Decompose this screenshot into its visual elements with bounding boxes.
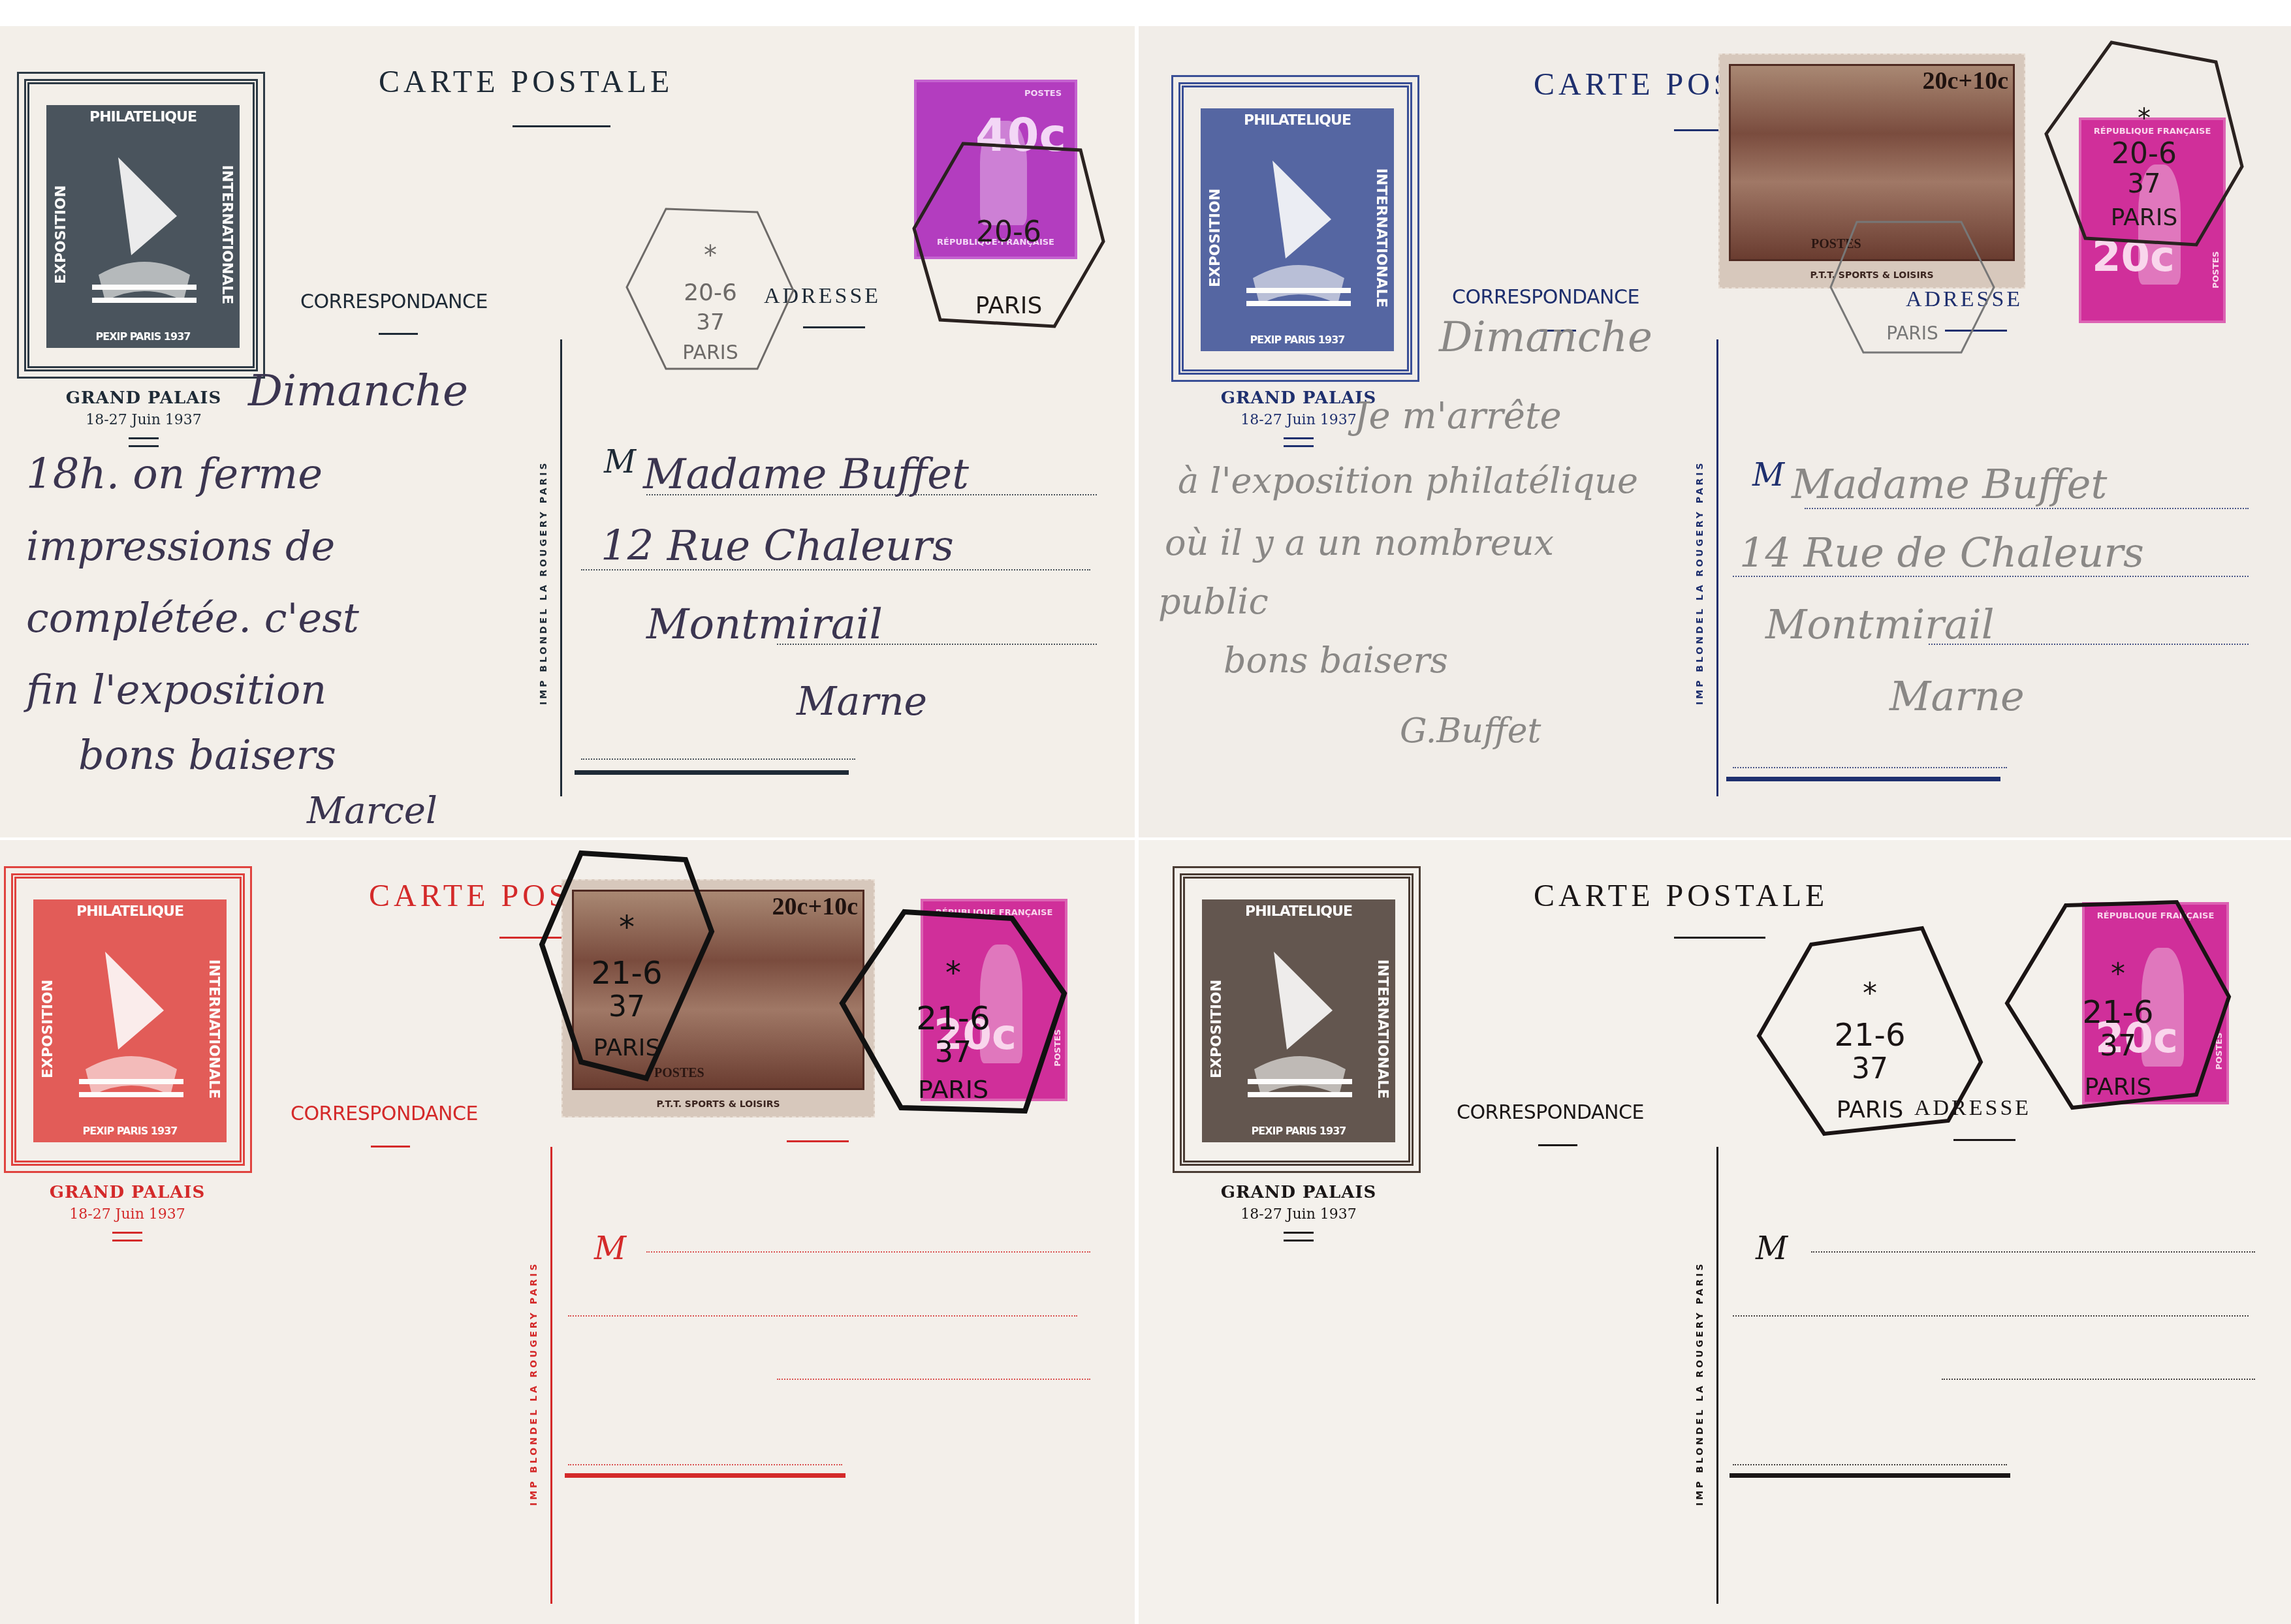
message-line: fin l'exposition xyxy=(26,666,326,713)
stamp-caption: P.T.T. SPORTS & LOISIRS xyxy=(1720,270,2024,281)
message-line: public xyxy=(1158,581,1269,622)
ship-icon xyxy=(1246,148,1351,317)
postcard-top-right: PHILATELIQUE EXPOSITION INTERNATIONALE P… xyxy=(1139,26,2291,837)
double-rule xyxy=(1284,437,1314,447)
stamp-sports-loisirs: 20c+10c POSTES P.T.T. SPORTS & LOISIRS xyxy=(1718,54,2025,289)
address-line-2 xyxy=(1733,1315,2249,1317)
message-line: où il y a un nombreux xyxy=(1165,522,1554,563)
stamp-country: RÉPUBLIQUE·FRANÇAISE xyxy=(917,238,1075,247)
message-line: à l'exposition philatélique xyxy=(1178,460,1638,501)
printer-imprint: IMP BLONDEL LA ROUGERY PARIS xyxy=(539,460,549,705)
correspondance-rule xyxy=(371,1146,410,1148)
stamp-label: POSTES xyxy=(2211,251,2221,289)
correspondance-rule xyxy=(1538,1144,1577,1146)
printer-imprint: IMP BLONDEL LA ROUGERY PARIS xyxy=(1695,1261,1705,1506)
message-line: Dimanche xyxy=(248,366,468,416)
address-line-1 xyxy=(1811,1251,2255,1253)
stamp-semeuse: RÉPUBLIQUE FRANÇAISE 20c POSTES xyxy=(921,899,1067,1101)
address-heavy-rule xyxy=(1730,1473,2010,1478)
venue-name: GRAND PALAIS xyxy=(0,1183,271,1202)
venue-block: GRAND PALAIS 18-27 Juin 1937 xyxy=(0,388,287,447)
vignette-left-text: EXPOSITION xyxy=(1207,140,1224,336)
address-line-1 xyxy=(646,1251,1090,1253)
correspondance-label: CORRESPONDANCE xyxy=(1457,1101,1644,1124)
address-line-4 xyxy=(1733,1464,2007,1465)
adresse-rule xyxy=(1945,330,2007,332)
vignette-right-text: INTERNATIONALE xyxy=(219,131,235,339)
address-line-3 xyxy=(777,1379,1090,1380)
address-heavy-rule xyxy=(565,1473,845,1478)
address-line: Montmirail xyxy=(1765,601,1995,648)
ship-icon xyxy=(79,939,183,1108)
venue-block: GRAND PALAIS 18-27 Juin 1937 xyxy=(1155,1183,1442,1241)
svg-text:PARIS: PARIS xyxy=(975,292,1043,319)
vignette-top-text: PHILATELIQUE xyxy=(46,109,240,125)
svg-text:*: * xyxy=(1863,977,1877,1010)
vignette-bottom-text: PEXIP PARIS 1937 xyxy=(1202,1125,1395,1137)
stamp-label: POSTES xyxy=(2215,1033,2224,1070)
address-heavy-rule xyxy=(575,770,849,775)
vignette-right-text: INTERNATIONALE xyxy=(206,925,222,1134)
message-signature: G.Buffet xyxy=(1400,711,1541,751)
exhibition-vignette: PHILATELIQUE EXPOSITION INTERNATIONALE P… xyxy=(17,72,265,379)
stamp-value: 20c xyxy=(934,1011,1017,1059)
double-rule xyxy=(129,437,159,447)
card-title: CARTE POSTALE xyxy=(379,64,673,100)
stamp-caption: P.T.T. SPORTS & LOISIRS xyxy=(563,1099,874,1110)
adresse-rule xyxy=(803,326,865,328)
vignette-left-text: EXPOSITION xyxy=(53,137,69,333)
printer-imprint: IMP BLONDEL LA ROUGERY PARIS xyxy=(1695,460,1705,705)
address-line-4 xyxy=(1733,767,2007,768)
svg-text:PARIS: PARIS xyxy=(1886,322,1938,344)
address-line: 12 Rue Chaleurs xyxy=(601,522,954,570)
stamp-value: 40c xyxy=(975,108,1066,162)
ship-icon xyxy=(1248,939,1352,1108)
address-line-1 xyxy=(1805,508,2249,509)
title-rule xyxy=(1674,937,1765,939)
svg-text:37: 37 xyxy=(1852,1052,1888,1085)
exhibition-vignette: PHILATELIQUE EXPOSITION INTERNATIONALE P… xyxy=(4,866,252,1173)
stamp-label: POSTES xyxy=(917,89,1075,99)
double-rule xyxy=(1284,1232,1314,1241)
stamp-country: RÉPUBLIQUE FRANÇAISE xyxy=(2081,127,2223,136)
svg-text:PARIS: PARIS xyxy=(682,341,738,364)
venue-name: GRAND PALAIS xyxy=(0,388,287,408)
stamp-label: POSTES xyxy=(654,1066,704,1081)
address-line: Marne xyxy=(797,679,927,725)
address-prefix: M xyxy=(594,1230,626,1267)
vignette-bottom-text: PEXIP PARIS 1937 xyxy=(1201,334,1394,346)
message-line: bons baisers xyxy=(1224,640,1448,681)
title-rule xyxy=(513,125,610,127)
stamp-value: 20c+10c xyxy=(772,892,858,921)
vignette-left-text: EXPOSITION xyxy=(40,931,56,1127)
vignette-top-text: PHILATELIQUE xyxy=(1201,112,1394,129)
svg-text:37: 37 xyxy=(696,309,724,336)
vignette-top-text: PHILATELIQUE xyxy=(1202,903,1395,920)
svg-text:20-6: 20-6 xyxy=(684,279,737,306)
correspondance-label: CORRESPONDANCE xyxy=(1452,286,1639,309)
stamp-value: 20c xyxy=(2092,233,2175,281)
address-line: Madame Buffet xyxy=(643,450,969,499)
printer-imprint: IMP BLONDEL LA ROUGERY PARIS xyxy=(529,1261,539,1506)
message-line: impressions de xyxy=(26,522,335,570)
card-title: CARTE POSTALE xyxy=(1534,878,1828,914)
stamp-value: 20c+10c xyxy=(1923,67,2008,95)
stamp-label: POSTES xyxy=(1053,1029,1063,1067)
vignette-image: PHILATELIQUE EXPOSITION INTERNATIONALE P… xyxy=(46,105,240,348)
stamp-semeuse: RÉPUBLIQUE FRANÇAISE 20c POSTES xyxy=(2082,902,2229,1104)
message-line: bons baisers xyxy=(78,731,336,779)
adresse-label: ADRESSE xyxy=(1906,287,2023,312)
postcard-bottom-right: PHILATELIQUE EXPOSITION INTERNATIONALE P… xyxy=(1139,840,2291,1624)
postcard-collection: PHILATELIQUE EXPOSITION INTERNATIONALE P… xyxy=(0,0,2291,1624)
exhibition-dates: 18-27 Juin 1937 xyxy=(0,1206,271,1223)
correspondance-rule xyxy=(379,333,418,335)
divider-line xyxy=(1716,339,1718,796)
vignette-image: PHILATELIQUE EXPOSITION INTERNATIONALE P… xyxy=(1201,108,1394,351)
vignette-right-text: INTERNATIONALE xyxy=(1373,134,1389,343)
address-line: Montmirail xyxy=(646,601,883,649)
adresse-rule xyxy=(1953,1139,2015,1141)
exhibition-dates: 18-27 Juin 1937 xyxy=(0,412,287,428)
address-line-2 xyxy=(568,1315,1077,1317)
divider-line xyxy=(1716,1147,1718,1604)
address-prefix: M xyxy=(604,444,636,480)
adresse-label: ADRESSE xyxy=(764,284,881,309)
stamp-paix: POSTES 40c RÉPUBLIQUE·FRANÇAISE xyxy=(914,80,1077,259)
exhibition-vignette: PHILATELIQUE EXPOSITION INTERNATIONALE P… xyxy=(1173,866,1421,1173)
address-line-4 xyxy=(568,1464,842,1465)
vignette-bottom-text: PEXIP PARIS 1937 xyxy=(46,330,240,343)
divider-line xyxy=(560,339,562,796)
postcard-bottom-left: PHILATELIQUE EXPOSITION INTERNATIONALE P… xyxy=(0,840,1135,1624)
stamp-country: RÉPUBLIQUE FRANÇAISE xyxy=(2085,911,2226,921)
address-line-4 xyxy=(581,758,855,760)
adresse-label: ADRESSE xyxy=(1914,1096,2031,1121)
vignette-right-text: INTERNATIONALE xyxy=(1374,925,1391,1134)
vignette-image: PHILATELIQUE EXPOSITION INTERNATIONALE P… xyxy=(33,899,227,1142)
message-line: Dimanche xyxy=(1439,313,1652,362)
address-line-3 xyxy=(1942,1379,2255,1380)
postcard-top-left: PHILATELIQUE EXPOSITION INTERNATIONALE P… xyxy=(0,26,1135,837)
venue-name: GRAND PALAIS xyxy=(1155,1183,1442,1202)
stamp-country: RÉPUBLIQUE FRANÇAISE xyxy=(923,908,1065,918)
svg-text:*: * xyxy=(704,241,717,271)
divider-line xyxy=(550,1147,552,1604)
stamp-value: 20c xyxy=(2095,1014,2178,1063)
address-line: Madame Buffet xyxy=(1792,460,2107,508)
svg-text:21-6: 21-6 xyxy=(1835,1017,1906,1054)
svg-text:PARIS: PARIS xyxy=(1837,1097,1904,1123)
ship-icon xyxy=(92,144,197,314)
exhibition-vignette: PHILATELIQUE EXPOSITION INTERNATIONALE P… xyxy=(1171,75,1419,382)
stamp-semeuse: RÉPUBLIQUE FRANÇAISE 20c POSTES xyxy=(2079,117,2226,323)
message-line: 18h. on ferme xyxy=(26,450,323,499)
vignette-left-text: EXPOSITION xyxy=(1209,931,1225,1127)
exhibition-dates: 18-27 Juin 1937 xyxy=(1155,1206,1442,1223)
stamp-label: POSTES xyxy=(1811,237,1861,252)
address-heavy-rule xyxy=(1726,777,2000,781)
adresse-rule xyxy=(787,1140,849,1142)
address-line: Marne xyxy=(1889,672,2025,720)
correspondance-label: CORRESPONDANCE xyxy=(300,290,488,313)
vignette-bottom-text: PEXIP PARIS 1937 xyxy=(33,1125,227,1137)
vignette-top-text: PHILATELIQUE xyxy=(33,903,227,920)
message-signature: Marcel xyxy=(307,790,437,832)
address-prefix: M xyxy=(1752,457,1784,493)
address-line: 14 Rue de Chaleurs xyxy=(1739,529,2144,576)
address-prefix: M xyxy=(1756,1230,1788,1267)
correspondance-label: CORRESPONDANCE xyxy=(291,1102,478,1125)
vignette-image: PHILATELIQUE EXPOSITION INTERNATIONALE P… xyxy=(1202,899,1395,1142)
message-line: complétée. c'est xyxy=(26,594,359,642)
stamp-sports-loisirs: 20c+10c POSTES P.T.T. SPORTS & LOISIRS xyxy=(561,879,875,1117)
double-rule xyxy=(112,1232,142,1241)
venue-block: GRAND PALAIS 18-27 Juin 1937 xyxy=(0,1183,271,1241)
message-line: Je m'arrête xyxy=(1354,395,1562,437)
